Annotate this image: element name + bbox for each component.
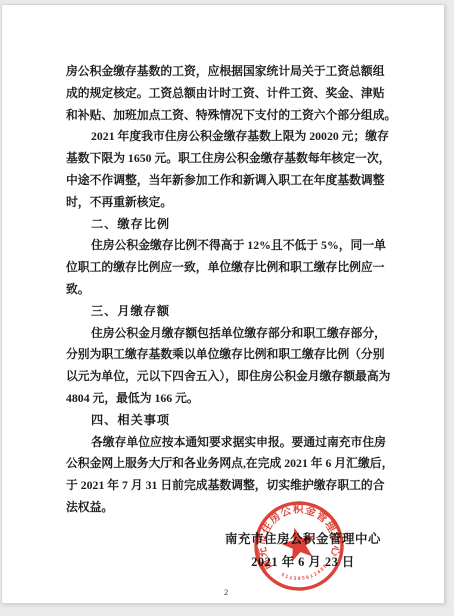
document-line: 位职工的缴存比例应一致，单位缴存比例和职工缴存比例应一 [66, 257, 408, 279]
document-line: 成的规定核定。工资总额由计时工资、计件工资、奖金、津贴 [66, 83, 408, 105]
document-line: 住房公积金月缴存额包括单位缴存部分和职工缴存部分， [66, 323, 408, 345]
page-number: 2 [224, 587, 228, 597]
section-heading: 四、相关事项 [66, 410, 408, 432]
document-line: 各缴存单位应按本通知要求据实申报。要通过南充市住房 [66, 432, 408, 454]
document-line: 法权益。 [66, 497, 408, 519]
document-line: 房公积金缴存基数的工资，应根据国家统计局关于工资总额组 [66, 61, 408, 83]
section-heading: 三、月缴存额 [66, 301, 408, 323]
document-line: 分别为职工缴存基数乘以单位缴存比例和职工缴存比例（分别 [66, 344, 408, 366]
document-line: 中途不作调整，当年新参加工作和新调入职工在年度基数调整 [66, 170, 408, 192]
document-line: 4804 元，最低为 166 元。 [66, 388, 408, 410]
section-heading: 二、缴存比例 [66, 214, 408, 236]
document-line: 住房公积金缴存比例不得高于 12%且不低于 5%，同一单 [66, 235, 408, 257]
document-line: 以元为单位，元以下四舍五入），即住房公积金月缴存额最高为 [66, 366, 408, 388]
document-line: 和补贴、加班加点工资、特殊情况下支付的工资六个部分组成。 [66, 105, 408, 127]
document-line: 公积金网上服务大厅和各业务网点,在完成 2021 年 6 月汇缴后， [66, 453, 408, 475]
document-line: 2021 年度我市住房公积金缴存基数上限为 20020 元；缴存 [66, 126, 408, 148]
date-line: 2021 年 6 月 23 日 [218, 554, 388, 570]
signature-block: 南充市住房公积金管理中心 2021 年 6 月 23 日 [218, 531, 388, 570]
org-name: 南充市住房公积金管理中心 [218, 531, 388, 547]
document-page: 房公积金缴存基数的工资，应根据国家统计局关于工资总额组成的规定核定。工资总额由计… [1, 4, 445, 604]
document-line: 致。 [66, 279, 408, 301]
document-line: 于 2021 年 7 月 31 日前完成基数调整，切实维护缴存职工的合 [66, 475, 408, 497]
document-line: 时，不再重新核定。 [66, 192, 408, 214]
document-body: 房公积金缴存基数的工资，应根据国家统计局关于工资总额组成的规定核定。工资总额由计… [66, 61, 408, 519]
document-line: 基数下限为 1650 元。职工住房公积金缴存基数每年核定一次， [66, 148, 408, 170]
